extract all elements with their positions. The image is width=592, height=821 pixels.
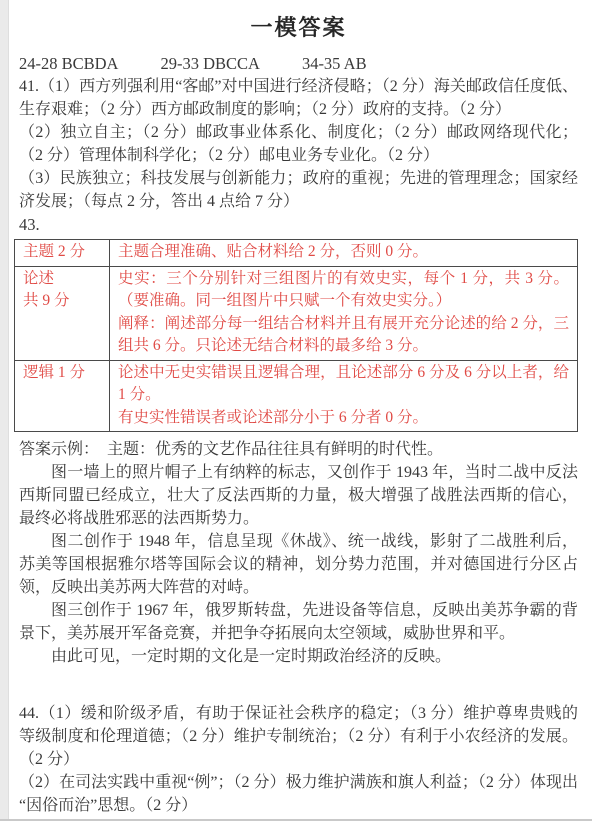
q41-part1-answer: 41.（1）西方列强利用“客邮”对中国进行经济侵略；（2 分）海关邮政信任度低、…: [19, 75, 578, 121]
choice-answer-group-3: 34-35 AB: [302, 54, 367, 73]
q44-part2-answer: （2）在司法实践中重视“例”；（2 分）极力维护满族和旗人利益；（2 分）体现出…: [19, 771, 578, 817]
rubric-exposition-head-line1: 论述: [23, 268, 101, 291]
rubric-logic-criteria-line2: 有史实性错误者或论述部分小于 6 分者 0 分。: [118, 407, 569, 430]
example-figure3-paragraph: 图三创作于 1967 年，俄罗斯转盘，先进设备等信息，反映出美苏争霸的背景下，美…: [19, 599, 578, 645]
choice-answer-group-2: 29-33 DBCCA: [160, 54, 259, 73]
answer-sheet-page: 一模答案 24-28 BCBDA29-33 DBCCA34-35 AB 41.（…: [0, 0, 592, 817]
rubric-theme-head-text: 主题 2 分: [23, 241, 101, 264]
q44-part1-answer: 44.（1）缓和阶级矛盾，有助于保证社会秩序的稳定；（3 分）维护尊卑贵贱的等级…: [19, 702, 578, 771]
q41-part3-answer: （3）民族独立；科技发展与创新能力；政府的重视；先进的管理理念；国家经济发展；（…: [19, 167, 578, 213]
rubric-logic-criteria-line1: 论述中无史实错误且逻辑合理，且论述部分 6 分及 6 分以上者，给 1 分。: [118, 362, 569, 407]
rubric-exposition-facts-criteria: 史实：三个分别针对三组图片的有效史实，每个 1 分，共 3 分。（要准确。同一组…: [118, 268, 569, 313]
q43-answer-example-block: 答案示例： 主题：优秀的文艺作品往往具有鲜明的时代性。 图一墙上的照片帽子上有纳…: [19, 438, 578, 668]
rubric-logic-head-text: 逻辑 1 分: [23, 362, 101, 385]
rubric-theme-body-cell: 主题合理准确、贴合材料给 2 分，否则 0 分。: [110, 240, 578, 267]
rubric-row-exposition: 论述 共 9 分 史实：三个分别针对三组图片的有效史实，每个 1 分，共 3 分…: [15, 266, 578, 360]
example-lead-theme: 答案示例： 主题：优秀的文艺作品往往具有鲜明的时代性。: [19, 438, 578, 461]
rubric-exposition-body-cell: 史实：三个分别针对三组图片的有效史实，每个 1 分，共 3 分。（要准确。同一组…: [110, 266, 578, 360]
rubric-row-theme: 主题 2 分 主题合理准确、贴合材料给 2 分，否则 0 分。: [15, 240, 578, 267]
choice-answer-group-1: 24-28 BCBDA: [19, 54, 118, 73]
rubric-exposition-explanation-criteria: 阐释：阐述部分每一组结合材料并且有展开充分论述的给 2 分，三组共 6 分。只论…: [118, 313, 569, 358]
q41-part2-answer: （2）独立自主；（2 分）邮政事业体系化、制度化；（2 分）邮政网络现代化；（2…: [19, 121, 578, 167]
q43-grading-rubric-table: 主题 2 分 主题合理准确、贴合材料给 2 分，否则 0 分。 论述 共 9 分…: [14, 239, 578, 432]
page-title: 一模答案: [19, 13, 578, 43]
example-figure1-paragraph: 图一墙上的照片帽子上有纳粹的标志，又创作于 1943 年，当时二战中反法西斯同盟…: [19, 461, 578, 530]
rubric-exposition-head-line2: 共 9 分: [23, 290, 101, 313]
question-41-answer-block: 41.（1）西方列强利用“客邮”对中国进行经济侵略；（2 分）海关邮政信任度低、…: [19, 75, 578, 213]
rubric-row-logic: 逻辑 1 分 论述中无史实错误且逻辑合理，且论述部分 6 分及 6 分以上者，给…: [15, 360, 578, 432]
multiple-choice-answers-line: 24-28 BCBDA29-33 DBCCA34-35 AB: [19, 52, 578, 75]
q43-label: 43.: [19, 213, 578, 236]
rubric-logic-head-cell: 逻辑 1 分: [15, 360, 110, 432]
rubric-theme-criteria: 主题合理准确、贴合材料给 2 分，否则 0 分。: [118, 241, 569, 264]
question-43-answer-block: 43. 主题 2 分 主题合理准确、贴合材料给 2 分，否则 0 分。 论述 共…: [19, 213, 578, 668]
rubric-theme-head-cell: 主题 2 分: [15, 240, 110, 267]
question-44-answer-block: 44.（1）缓和阶级矛盾，有助于保证社会秩序的稳定；（3 分）维护尊卑贵贱的等级…: [19, 702, 578, 817]
example-figure2-paragraph: 图二创作于 1948 年，信息呈现《休战》、统一战线，影射了二战胜利后，苏美等国…: [19, 530, 578, 599]
rubric-logic-body-cell: 论述中无史实错误且逻辑合理，且论述部分 6 分及 6 分以上者，给 1 分。 有…: [110, 360, 578, 432]
example-conclusion-paragraph: 由此可见，一定时期的文化是一定时期政治经济的反映。: [19, 645, 578, 668]
rubric-exposition-head-cell: 论述 共 9 分: [15, 266, 110, 360]
